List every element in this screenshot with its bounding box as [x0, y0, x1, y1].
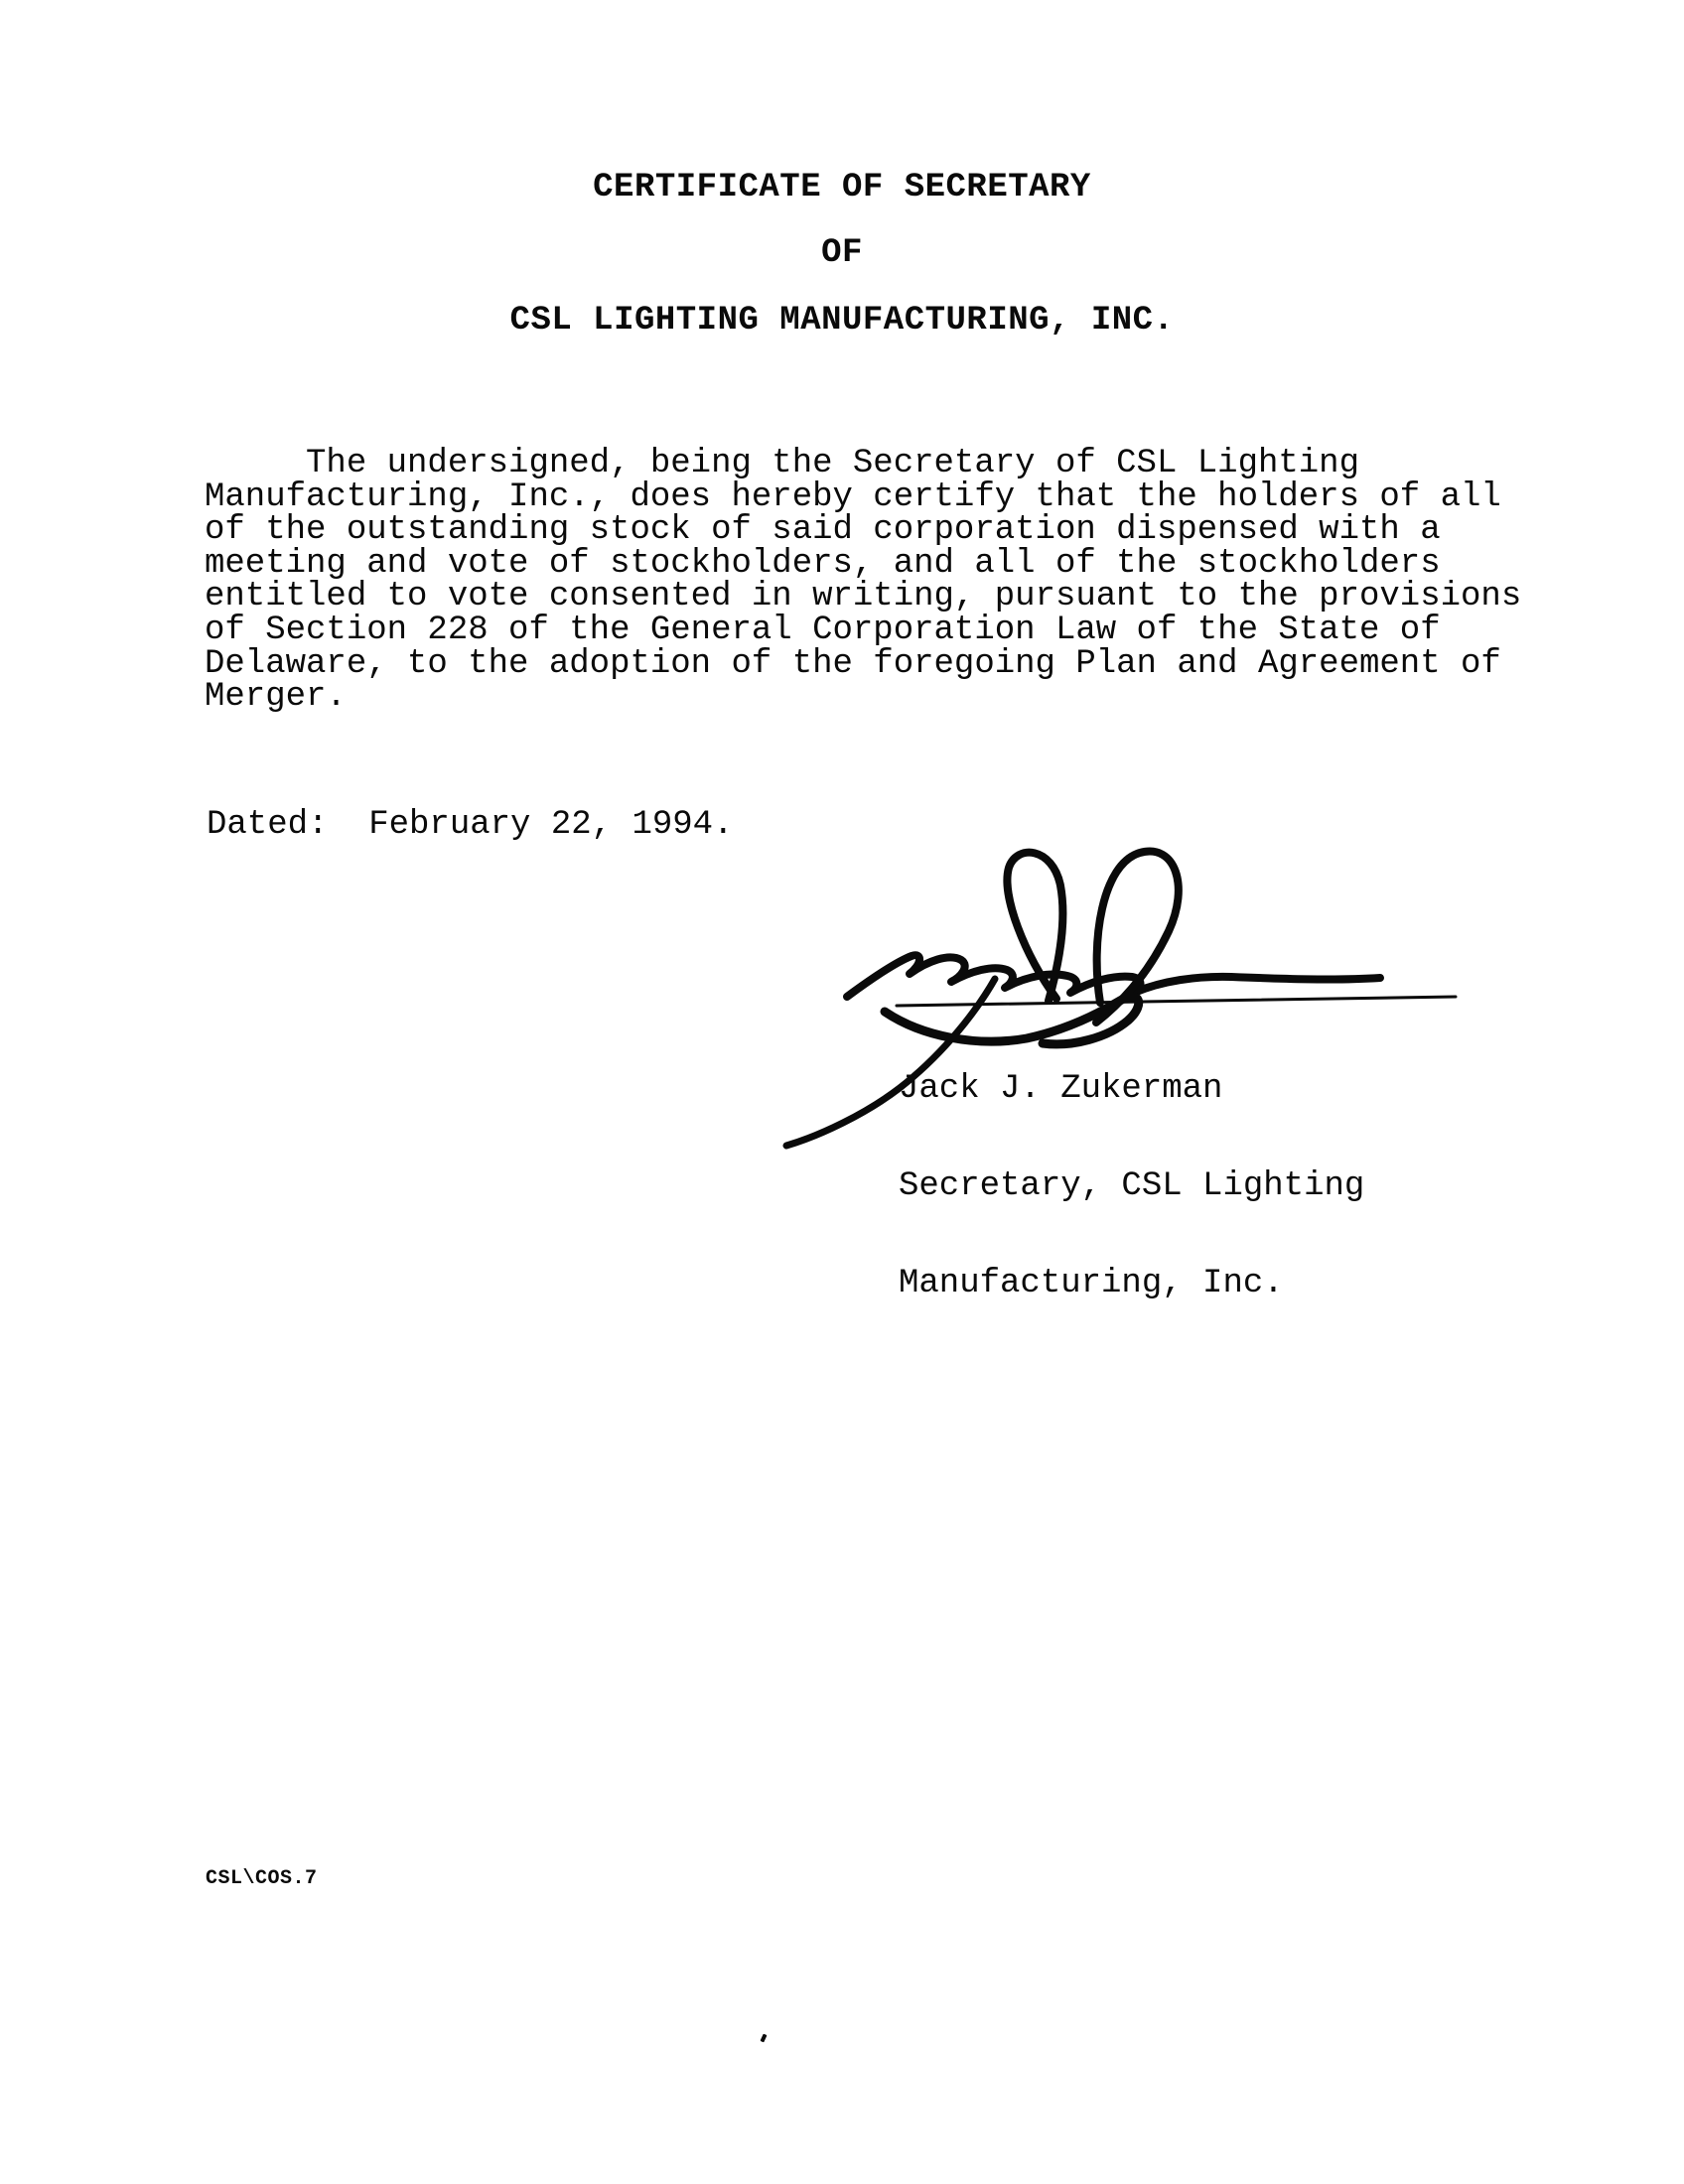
signatory-title-line1: Secretary, CSL Lighting: [899, 1170, 1364, 1203]
scan-artifact: [760, 2034, 767, 2043]
signature-block: Jack J. Zukerman Secretary, CSL Lighting…: [899, 1009, 1364, 1365]
document-title-line1: CERTIFICATE OF SECRETARY: [0, 169, 1684, 206]
document-title-line3: CSL LIGHTING MANUFACTURING, INC.: [0, 302, 1684, 340]
signature-line: [897, 997, 1456, 1006]
signatory-name: Jack J. Zukerman: [899, 1073, 1364, 1106]
document-title-line2: OF: [0, 234, 1684, 272]
signatory-title-line2: Manufacturing, Inc.: [899, 1268, 1364, 1300]
footer-reference: CSL\COS.7: [206, 1867, 318, 1890]
document-page: CERTIFICATE OF SECRETARY OF CSL LIGHTING…: [0, 0, 1684, 2184]
certification-paragraph: The undersigned, being the Secretary of …: [205, 448, 1521, 715]
dated-line: Dated: February 22, 1994.: [207, 808, 734, 842]
